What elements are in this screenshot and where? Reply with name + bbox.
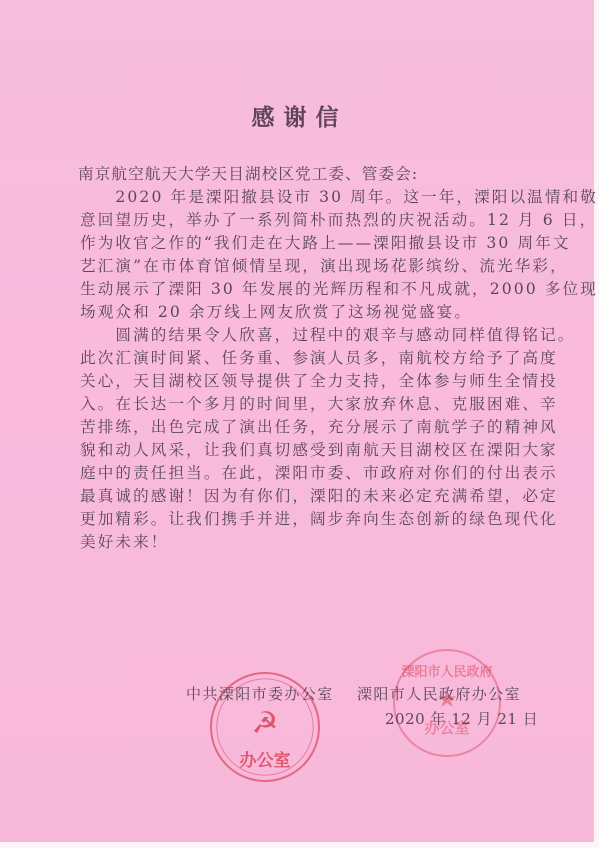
- signature-party-committee: 中共溧阳市委办公室: [186, 683, 334, 704]
- salutation: 南京航空航天大学天目湖校区党工委、管委会:: [78, 162, 418, 184]
- body-line: 意回望历史，举办了一系列简朴而热烈的庆祝活动。12 月 6 日，: [80, 208, 597, 230]
- hammer-sickle-icon: ☭: [252, 706, 279, 741]
- body-line: 貌和动人风采，让我们真切感受到南航天目湖校区在溧阳大家: [80, 438, 558, 460]
- seal-arc-text: 溧阳市人民政府: [401, 661, 492, 680]
- body-line: 此次汇演时间紧、任务重、参演人员多，南航校方给予了高度: [80, 346, 558, 368]
- letter-paper: 感谢信 南京航空航天大学天目湖校区党工委、管委会: 2020 年是溧阳撤县设市 …: [0, 0, 594, 842]
- letter-title: 感谢信: [0, 99, 599, 132]
- body-line: 关心，天目湖校区领导提供了全力支持，全体参与师生全情投: [80, 369, 558, 391]
- body-line: 艺汇演”在市体育馆倾情呈现，演出现场花影缤纷、流光华彩，: [80, 254, 568, 276]
- body-line: 入。在长达一个多月的时间里，大家放弃休息、克服困难、辛: [80, 392, 558, 414]
- body-line: 作为收官之作的“我们走在大路上——溧阳撤县设市 30 周年文: [80, 231, 571, 253]
- body-line: 庭中的责任担当。在此，溧阳市委、市政府对你们的付出表示: [80, 461, 558, 483]
- seal-bottom-text: 办公室: [240, 746, 291, 771]
- body-line: 苦排练，出色完成了演出任务，充分展示了南航学子的精神风: [80, 415, 558, 437]
- body-line: 场观众和 20 余万线上网友欣赏了这场视觉盛宴。: [80, 300, 472, 322]
- body-line: 美好未来！: [80, 530, 168, 552]
- body-line: 最真诚的感谢！因为有你们，溧阳的未来必定充满希望，必定: [80, 484, 558, 506]
- body-line: 圆满的结果令人欣喜，过程中的艰辛与感动同样值得铭记。: [80, 323, 575, 345]
- letter-date: 2020 年 12 月 21 日: [385, 708, 538, 729]
- body-line: 生动展示了溧阳 30 年发展的光辉历程和不凡成就，2000 多位现: [80, 277, 598, 299]
- body-line: 更加精彩。让我们携手并进，阔步奔向生态创新的绿色现代化: [80, 507, 558, 529]
- signature-government: 溧阳市人民政府办公室: [357, 683, 521, 704]
- body-line: 2020 年是溧阳撤县设市 30 周年。这一年，溧阳以温情和敬: [80, 185, 598, 207]
